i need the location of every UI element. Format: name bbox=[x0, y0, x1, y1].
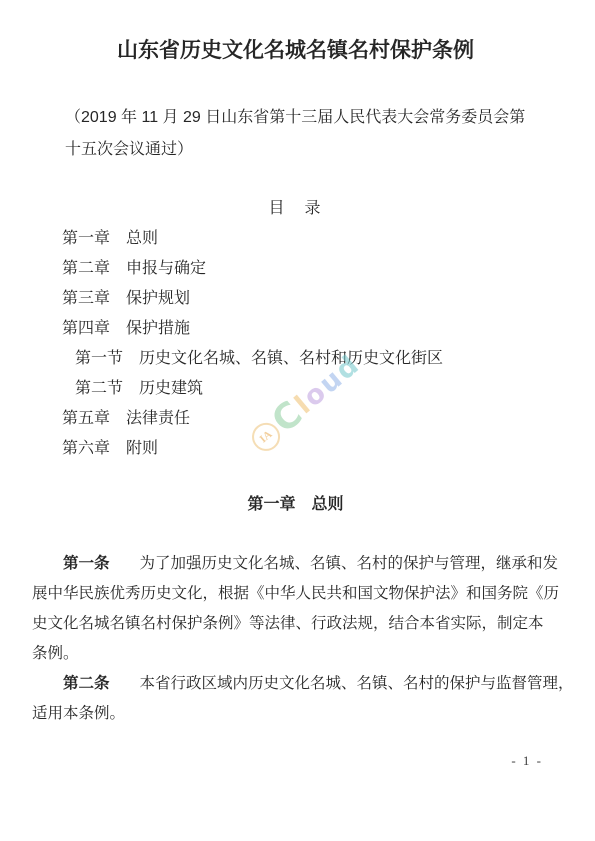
toc-item-chapter-4: 第四章 保护措施 bbox=[62, 314, 559, 344]
toc-item-chapter-2: 第二章 申报与确定 bbox=[62, 254, 559, 284]
article-1-line-2: 展中华民族优秀历史文化，根据《中华人民共和国文物保护法》和国务院《历 bbox=[32, 579, 559, 609]
document-title: 山东省历史文化名城名镇名村保护条例 bbox=[32, 36, 559, 64]
article-1-text: 为了加强历史文化名城、名镇、名村的保护与管理，继承和发 bbox=[140, 555, 559, 572]
article-2-label: 第二条 bbox=[63, 675, 110, 692]
adoption-note-line-1: （2019 年 11 月 29 日山东省第十三届人民代表大会常务委员会第 bbox=[65, 102, 559, 134]
article-1-label: 第一条 bbox=[63, 555, 110, 572]
adoption-note-line-2: 十五次会议通过） bbox=[65, 134, 559, 166]
article-2-line-2: 适用本条例。 bbox=[32, 699, 559, 729]
toc-item-chapter-1: 第一章 总则 bbox=[62, 224, 559, 254]
chapter-1-heading: 第一章 总则 bbox=[32, 490, 559, 520]
article-2-line-1: 第二条本省行政区域内历史文化名城、名镇、名村的保护与监督管理， bbox=[32, 669, 559, 699]
page-number: - 1 - bbox=[511, 753, 543, 769]
article-1-line-4: 条例。 bbox=[32, 639, 559, 669]
article-1-line-1: 第一条为了加强历史文化名城、名镇、名村的保护与管理，继承和发 bbox=[32, 549, 559, 579]
toc-item-section-2: 第二节 历史建筑 bbox=[75, 374, 559, 404]
article-2-text: 本省行政区域内历史文化名城、名镇、名村的保护与监督管理， bbox=[140, 675, 574, 692]
article-1-line-3: 史文化名城名镇名村保护条例》等法律、行政法规，结合本省实际，制定本 bbox=[32, 609, 559, 639]
toc-item-chapter-3: 第三章 保护规划 bbox=[62, 284, 559, 314]
chapter-1-body: 第一条为了加强历史文化名城、名镇、名村的保护与管理，继承和发 展中华民族优秀历史… bbox=[32, 549, 559, 729]
toc-item-chapter-6: 第六章 附则 bbox=[62, 434, 559, 464]
adoption-note: （2019 年 11 月 29 日山东省第十三届人民代表大会常务委员会第 十五次… bbox=[65, 102, 559, 166]
toc-list: 第一章 总则 第二章 申报与确定 第三章 保护规划 第四章 保护措施 第一节 历… bbox=[32, 224, 559, 464]
toc-item-chapter-5: 第五章 法律责任 bbox=[62, 404, 559, 434]
toc-item-section-1: 第一节 历史文化名城、名镇、名村和历史文化街区 bbox=[75, 344, 559, 374]
document-page: 山东省历史文化名城名镇名村保护条例 （2019 年 11 月 29 日山东省第十… bbox=[0, 0, 595, 841]
toc-heading: 目 录 bbox=[32, 194, 559, 224]
